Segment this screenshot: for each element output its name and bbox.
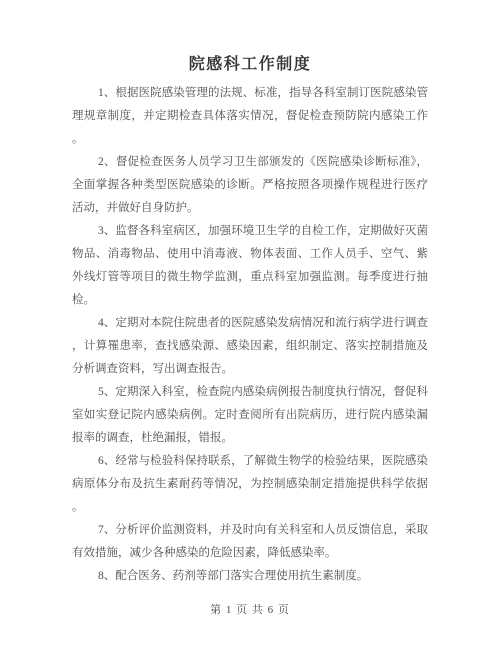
document-page: 院感科工作制度 1、根据医院感染管理的法规、标准，指导各科室制订医院感染管理规章… <box>0 0 500 647</box>
paragraph-line: 活动，并做好自身防护。 <box>72 197 428 220</box>
paragraph-line: 5、定期深入科室，检查院内感染病例报告制度执行情况，督促科 <box>72 381 428 404</box>
paragraph-line: 6、经常与检验科保持联系，了解微生物学的检验结果，医院感染 <box>72 450 428 473</box>
paragraph-line: 8、配合医务、药剂等部门落实合理使用抗生素制度。 <box>72 565 428 588</box>
paragraph-line: 有效措施，减少各种感染的危险因素，降低感染率。 <box>72 542 428 565</box>
paragraph-line: 。 <box>72 128 428 151</box>
paragraph-line: 检。 <box>72 289 428 312</box>
paragraph-line: 4、定期对本院住院患者的医院感染发病情况和流行病学进行调查 <box>72 312 428 335</box>
paragraph-line: 3、监督各科室病区，加强环境卫生学的自检工作，定期做好灭菌 <box>72 220 428 243</box>
paragraph-line: 病原体分布及抗生素耐药等情况，为控制感染制定措施提供科学依据 <box>72 473 428 496</box>
paragraph-line: 2、督促检查医务人员学习卫生部颁发的《医院感染诊断标准》， <box>72 151 428 174</box>
paragraph-line: 室如实登记院内感染病例。定时查阅所有出院病历，进行院内感染漏 <box>72 404 428 427</box>
paragraph-line: 7、分析评价监测资料，并及时向有关科室和人员反馈信息，采取 <box>72 519 428 542</box>
paragraph-line: 全面掌握各种类型医院感染的诊断。严格按照各项操作规程进行医疗 <box>72 174 428 197</box>
document-body: 1、根据医院感染管理的法规、标准，指导各科室制订医院感染管理规章制度，并定期检查… <box>72 82 428 588</box>
paragraph-line: 理规章制度，并定期检查具体落实情况，督促检查预防院内感染工作 <box>72 105 428 128</box>
paragraph-line: 1、根据医院感染管理的法规、标准，指导各科室制订医院感染管 <box>72 82 428 105</box>
paragraph-line: ，计算罹患率，查找感染源、感染因素，组织制定、落实控制措施及 <box>72 335 428 358</box>
paragraph-line: 报率的调查，杜绝漏报，错报。 <box>72 427 428 450</box>
page-footer: 第 1 页 共 6 页 <box>72 602 428 618</box>
paragraph-line: 分析调查资料，写出调查报告。 <box>72 358 428 381</box>
paragraph-line: 。 <box>72 496 428 519</box>
paragraph-line: 物品、消毒物品、使用中消毒液、物体表面、工作人员手、空气、紫 <box>72 243 428 266</box>
paragraph-line: 外线灯管等项目的微生物学监测，重点科室加强监测。每季度进行抽 <box>72 266 428 289</box>
document-title: 院感科工作制度 <box>72 55 428 75</box>
